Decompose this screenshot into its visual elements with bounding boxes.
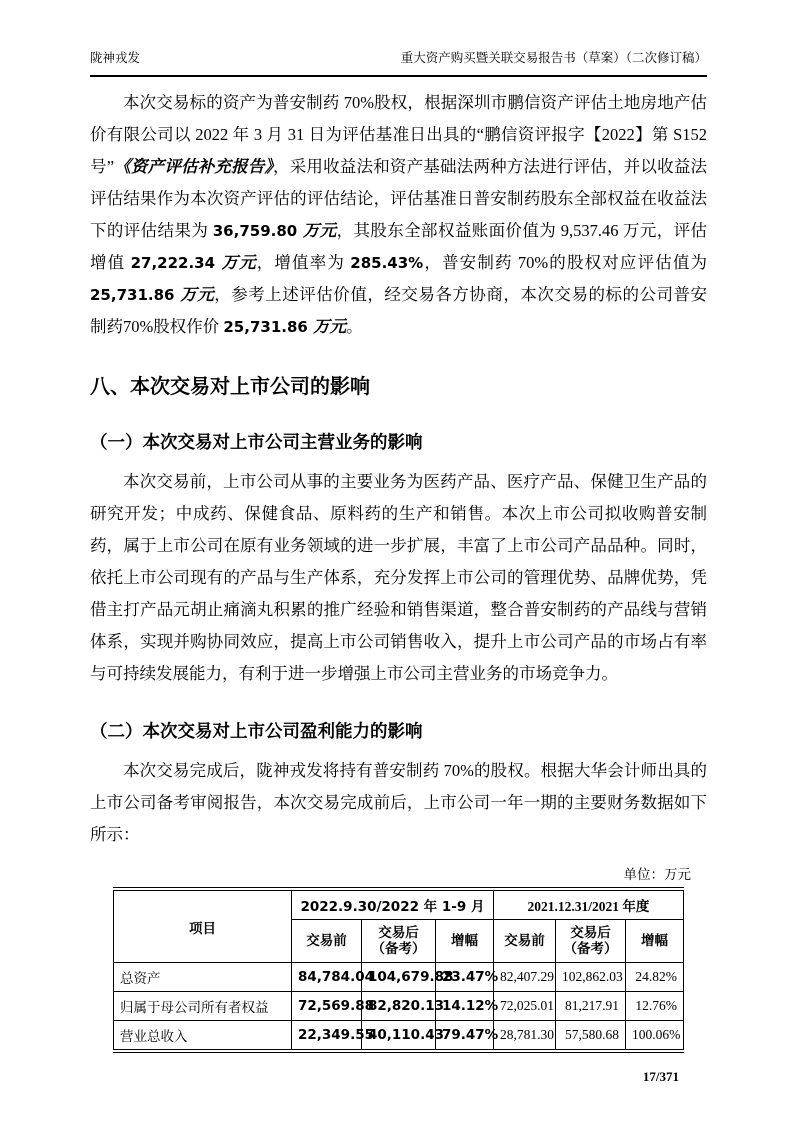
cell-pre-2022: 84,784.04	[291, 963, 361, 992]
col-header-change-2022: 增幅	[435, 920, 493, 963]
text-run: 万元	[221, 253, 256, 272]
subsection-1-heading: （一）本次交易对上市公司主营业务的影响	[90, 429, 707, 454]
col-header-pre-2022: 交易前	[291, 920, 361, 963]
text-run: 36,759.80	[213, 222, 303, 240]
text-run: 本次交易完成后，陇神戎发将持有普安制药 70%的股权。根据大华会计师出具的上市公…	[90, 761, 707, 844]
table-row-total-revenue: 营业总收入 22,349.55 40,110.43 79.47% 28,781.…	[113, 1021, 683, 1052]
col-header-change-2021: 增幅	[625, 920, 683, 963]
table-unit-label: 单位：万元	[90, 863, 707, 883]
table-group-header-row: 项目 2022.9.30/2022 年 1-9 月 2021.12.31/202…	[113, 889, 683, 920]
col-header-post-2021: 交易后 （备考）	[555, 920, 625, 963]
text-run: 25,731.86	[223, 318, 313, 336]
cell-post-2021: 81,217.91	[555, 992, 625, 1021]
cell-pre-2022: 72,569.88	[291, 992, 361, 1021]
text-run: 27,222.34	[131, 254, 222, 272]
financial-comparison-table: 项目 2022.9.30/2022 年 1-9 月 2021.12.31/202…	[113, 887, 684, 1053]
cell-post-2022: 40,110.43	[361, 1021, 435, 1052]
text-run: 。	[346, 317, 363, 336]
cell-pre-2021: 72,025.01	[493, 992, 555, 1021]
cell-change-2022: 79.47%	[435, 1021, 493, 1052]
cell-change-2022: 23.47%	[435, 963, 493, 992]
section-8-heading: 八、本次交易对上市公司的影响	[90, 370, 707, 399]
subsection-2-heading: （二）本次交易对上市公司盈利能力的影响	[90, 718, 707, 743]
col-header-pre-2021: 交易前	[493, 920, 555, 963]
paragraph-main-business: 本次交易前，上市公司从事的主要业务为医药产品、医疗产品、保健卫生产品的研究开发；…	[90, 466, 707, 690]
cell-post-2021: 102,862.03	[555, 963, 625, 992]
table-row-total-assets: 总资产 84,784.04 104,679.88 23.47% 82,407.2…	[113, 963, 683, 992]
cell-post-2021: 57,580.68	[555, 1021, 625, 1052]
text-run: 万元	[303, 221, 337, 240]
cell-item: 归属于母公司所有者权益	[113, 992, 291, 1021]
text-run: 万元	[313, 317, 346, 336]
text-run: 本次交易前，上市公司从事的主要业务为医药产品、医疗产品、保健卫生产品的研究开发；…	[90, 472, 707, 683]
cell-item: 营业总收入	[113, 1021, 291, 1052]
page-header: 陇神戎发 重大资产购买暨关联交易报告书（草案）（二次修订稿）	[90, 48, 707, 77]
text-run: 万元	[180, 285, 214, 304]
text-run: ，普安制药 70%的股权对应评估值为	[423, 253, 707, 272]
col-header-post-2022: 交易后 （备考）	[361, 920, 435, 963]
cell-change-2021: 12.76%	[625, 992, 683, 1021]
cell-pre-2021: 28,781.30	[493, 1021, 555, 1052]
cell-change-2021: 24.82%	[625, 963, 683, 992]
cell-change-2022: 14.12%	[435, 992, 493, 1021]
cell-pre-2022: 22,349.55	[291, 1021, 361, 1052]
page-number: 17/371	[90, 1069, 707, 1085]
document-page: 陇神戎发 重大资产购买暨关联交易报告书（草案）（二次修订稿） 本次交易标的资产为…	[0, 0, 793, 1122]
header-doc-title: 重大资产购买暨关联交易报告书（草案）（二次修订稿）	[401, 48, 707, 66]
col-header-item: 项目	[113, 889, 291, 963]
paragraph-profitability: 本次交易完成后，陇神戎发将持有普安制药 70%的股权。根据大华会计师出具的上市公…	[90, 755, 707, 851]
col-group-2021: 2021.12.31/2021 年度	[493, 889, 683, 920]
cell-post-2022: 104,679.88	[361, 963, 435, 992]
text-run: 25,731.86	[90, 286, 180, 304]
cell-pre-2021: 82,407.29	[493, 963, 555, 992]
text-run: 《资产评估补充报告》	[114, 157, 273, 176]
text-run: 285.43%	[350, 254, 423, 272]
col-group-2022: 2022.9.30/2022 年 1-9 月	[291, 889, 493, 920]
cell-change-2021: 100.06%	[625, 1021, 683, 1052]
header-company-name: 陇神戎发	[90, 48, 140, 66]
table-row-parent-equity: 归属于母公司所有者权益 72,569.88 82,820.13 14.12% 7…	[113, 992, 683, 1021]
paragraph-valuation: 本次交易标的资产为普安制药 70%股权，根据深圳市鹏信资产评估土地房地产估价有限…	[90, 87, 707, 343]
text-run: ，增值率为	[257, 253, 351, 272]
cell-item: 总资产	[113, 963, 291, 992]
cell-post-2022: 82,820.13	[361, 992, 435, 1021]
